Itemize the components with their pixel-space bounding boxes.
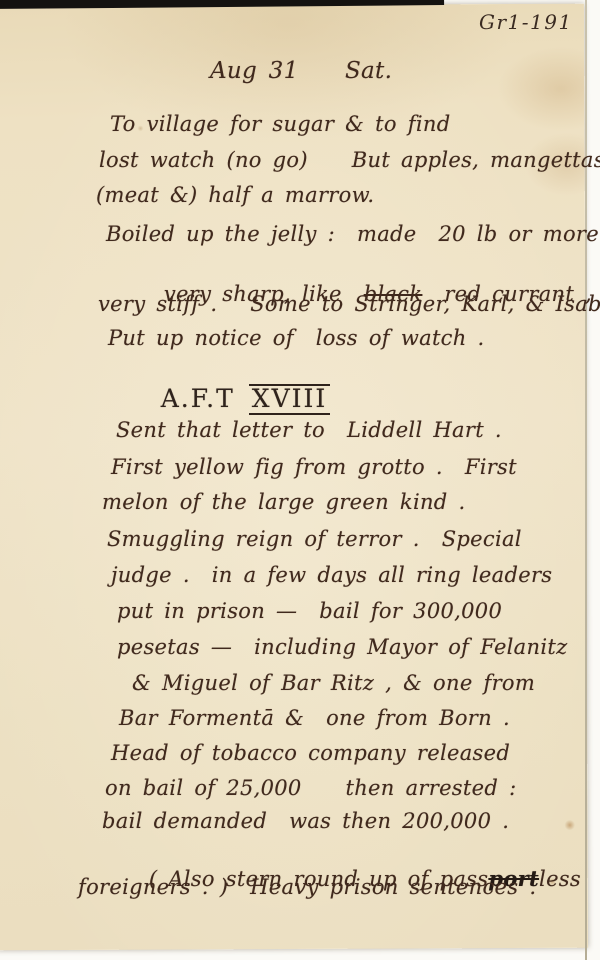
manuscript-line: First yellow fig from grotto . First — [111, 455, 517, 479]
manuscript-line: Head of tobacco company released — [111, 741, 510, 765]
scanned-page: Gr1-191 Aug 31 Sat. To village for sugar… — [0, 0, 600, 960]
manuscript-text: Gr1-191 Aug 31 Sat. To village for sugar… — [0, 0, 600, 960]
line-text: less — [539, 867, 581, 891]
manuscript-line: lost watch (no go) But apples, mangettas — [99, 148, 600, 172]
aft-numeral: XVIII — [249, 384, 330, 415]
manuscript-line: Smuggling reign of terror . Special — [107, 527, 522, 551]
manuscript-line: on bail of 25,000 then arrested : — [105, 776, 516, 800]
manuscript-line: put in prison — bail for 300,000 — [117, 599, 502, 623]
manuscript-line: bail demanded was then 200,000 . — [102, 809, 509, 833]
manuscript-line: foreigners . ) Heavy prison sentences . — [78, 875, 536, 899]
manuscript-line: (meat &) half a marrow. — [96, 183, 374, 207]
manuscript-line: melon of the large green kind . — [102, 490, 465, 514]
manuscript-line: To village for sugar & to find — [110, 112, 450, 136]
manuscript-line: judge . in a few days all ring leaders — [111, 563, 552, 587]
manuscript-line: Put up notice of loss of watch . — [108, 326, 485, 350]
entry-date-heading: Aug 31 Sat. — [210, 58, 392, 84]
manuscript-line: Sent that letter to Liddell Hart . — [116, 418, 502, 442]
aft-label: A.F.T — [161, 384, 235, 413]
manuscript-line: & Miguel of Bar Ritz , & one from — [132, 671, 535, 695]
manuscript-line: very stiff . Some to Stringer, Karl, & I… — [98, 292, 600, 316]
manuscript-line: pesetas — including Mayor of Felanitz — [117, 635, 567, 659]
archive-reference: Gr1-191 — [479, 10, 573, 34]
manuscript-line: Boiled up the jelly : made 20 lb or more — [106, 222, 599, 246]
manuscript-line: Bar Formentā & one from Born . — [119, 706, 510, 730]
